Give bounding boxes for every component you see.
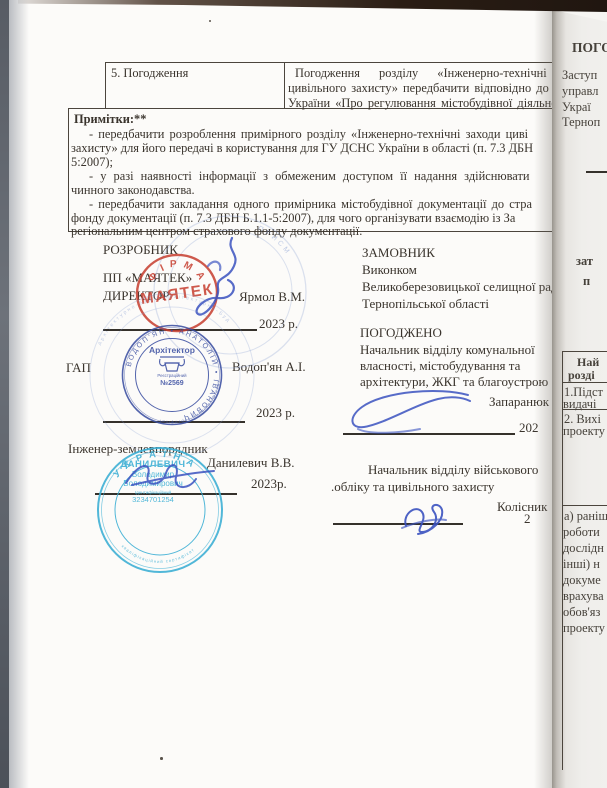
rp-table-top-border bbox=[562, 351, 607, 352]
rp-table-sep2 bbox=[562, 409, 607, 410]
row5-content-line2: цивільного захисту» передбачити відповід… bbox=[288, 81, 549, 95]
page-gutter-shadow bbox=[534, 0, 552, 788]
rp-approve1: зат bbox=[576, 254, 593, 268]
signature-zaparaniuk bbox=[340, 385, 475, 440]
stamp-architect: ВОДОП'ЯН • АНАТОЛІЙ • ІВАНОВИЧ кваліфіка… bbox=[120, 323, 224, 427]
signature-danylevych bbox=[118, 453, 228, 501]
rp-note-line6: врахува bbox=[563, 589, 604, 603]
notes-line2: захисту» для його передачі в користуванн… bbox=[71, 141, 533, 155]
rp-line1: Заступ bbox=[562, 68, 597, 82]
customer-line1: Виконком bbox=[362, 263, 417, 278]
scanner-left-edge-fade bbox=[9, 0, 29, 788]
agreed-role-line2: власності, містобудування та bbox=[360, 359, 520, 374]
rp-line3: Украї bbox=[562, 100, 591, 114]
rp-note-line3: дослідн bbox=[563, 541, 604, 555]
gap-year: 2023 р. bbox=[256, 406, 295, 421]
row5-label: 5. Погодження bbox=[111, 66, 188, 80]
rp-approve2: п bbox=[583, 274, 590, 288]
rp-note-line5: докуме bbox=[563, 573, 601, 587]
rp-note-line4: інші) н bbox=[563, 557, 600, 571]
row5-content-line3: України «Про регулювання містобудівної д… bbox=[288, 96, 572, 110]
rp-table-sep3 bbox=[562, 505, 607, 506]
notes-line1: - передбачити розроблення примірного роз… bbox=[89, 127, 528, 141]
agreed-heading: ПОГОДЖЕНО bbox=[360, 326, 442, 341]
scanner-top-edge bbox=[18, 0, 607, 12]
rp-heading: ПОГОД bbox=[572, 40, 607, 56]
table-column-divider bbox=[284, 62, 285, 109]
scan-speck-top bbox=[209, 20, 211, 22]
notes-line4: - у разі наявності інформації з обмежени… bbox=[89, 169, 530, 183]
rp-note-line7: обов'яз bbox=[563, 605, 600, 619]
military-year: 2 bbox=[524, 512, 531, 527]
notes-line3: 5:2007); bbox=[71, 155, 113, 169]
scan-speck-bottom bbox=[160, 757, 163, 760]
notes-left-border bbox=[68, 108, 69, 232]
rp-line2: управл bbox=[562, 84, 598, 98]
architect-title: Архітектор bbox=[149, 345, 195, 355]
architect-reg-number: №2569 bbox=[160, 379, 183, 387]
rp-short-line bbox=[586, 171, 607, 173]
table-top-border bbox=[105, 62, 607, 63]
military-role-line2: .обліку та цивільного захисту bbox=[331, 480, 494, 495]
rp-line4: Терноп bbox=[562, 115, 600, 129]
notes-line6: - передбачити закладання одного примірни… bbox=[89, 197, 532, 211]
rp-row2-line2: проекту bbox=[563, 424, 605, 438]
table-left-border bbox=[105, 62, 106, 109]
customer-line3: Тернопільської області bbox=[362, 297, 489, 312]
notes-title: Примітки:** bbox=[74, 112, 146, 126]
engineer-year: 2023р. bbox=[251, 477, 287, 492]
row5-content-line1: Погодження розділу «Інженерно-технічні bbox=[295, 66, 547, 80]
rp-note-line2: роботи bbox=[563, 525, 600, 539]
military-role-line1: Начальник відділу військового bbox=[368, 463, 538, 478]
scanned-document: 5. Погодження Погодження розділу «Інжене… bbox=[0, 0, 607, 788]
rp-note-line8: проекту bbox=[563, 621, 605, 635]
architect-reg-label: Реєстраційний bbox=[157, 373, 187, 378]
signature-kolisnyk bbox=[396, 498, 448, 538]
rp-table-header2: розді bbox=[568, 369, 595, 383]
customer-heading: ЗАМОВНИК bbox=[362, 246, 435, 261]
rp-note-line1: а) раніш bbox=[564, 509, 607, 523]
scanner-left-edge bbox=[0, 0, 9, 788]
agreed-role-line1: Начальник відділу комунальної bbox=[360, 343, 535, 358]
notes-line5: чинного законодавства. bbox=[71, 183, 195, 197]
rp-table-sep1 bbox=[562, 382, 607, 383]
right-page-edge: ПОГОД Заступ управл Украї Терноп зат п Н… bbox=[552, 0, 607, 788]
column-capital-icon bbox=[160, 357, 185, 371]
